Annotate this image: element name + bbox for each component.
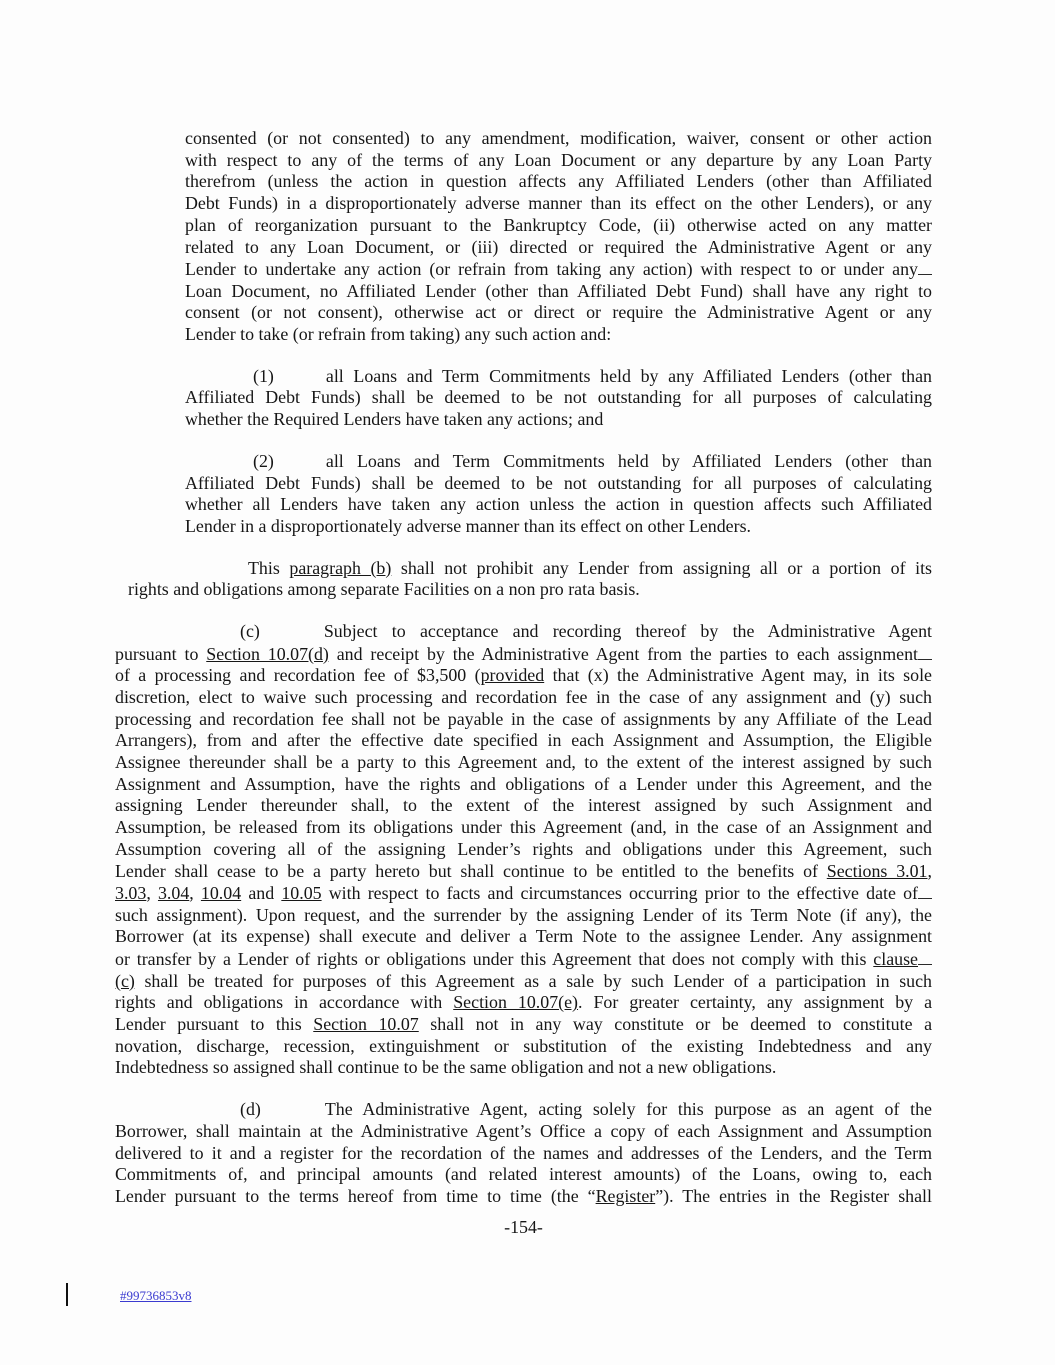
text-run: and receipt by the Administrative Agent …	[329, 644, 918, 664]
document-body: consented (or not consented) to any amen…	[115, 128, 932, 1238]
text-run: The Administrative Agent, acting solely …	[325, 1099, 932, 1119]
paragraphs-container: consented (or not consented) to any amen…	[115, 128, 932, 1208]
text-run: Lender in a disproportionately adverse m…	[185, 516, 751, 536]
text-run: processing and recordation fee shall not…	[115, 709, 932, 729]
text-line: Indebtedness so assigned shall continue …	[115, 1057, 932, 1079]
underlined-reference: Section 10.07	[313, 1014, 418, 1034]
paragraph-clause-c: (c)Subject to acceptance and recording t…	[115, 621, 932, 1079]
text-line: of a processing and recordation fee of $…	[115, 665, 932, 687]
text-run: Lender to undertake any action (or refra…	[185, 259, 918, 279]
text-line: Lender to take (or refrain from taking) …	[185, 324, 932, 346]
text-run: shall not prohibit any Lender from assig…	[391, 558, 932, 578]
text-run: pursuant to	[115, 644, 206, 664]
text-run: (c)	[240, 621, 260, 641]
text-line: (d)The Administrative Agent, acting sole…	[115, 1099, 932, 1121]
document-page: consented (or not consented) to any amen…	[0, 0, 1055, 1365]
page-number: -154-	[115, 1217, 932, 1239]
underlined-reference: provided	[481, 665, 545, 685]
text-line: Borrower (at its expense) shall execute …	[115, 926, 932, 948]
underlined-reference: 10.04	[201, 883, 241, 903]
text-line: Arrangers), from and after the effective…	[115, 730, 932, 752]
text-run: Subject to acceptance and recording ther…	[324, 621, 932, 641]
text-run: Lender to take (or refrain from taking) …	[185, 324, 611, 344]
text-line: consent (or not consent), otherwise act …	[185, 302, 932, 324]
text-line: therefrom (unless the action in question…	[185, 171, 932, 193]
text-run: and	[241, 883, 281, 903]
underlined-reference: (c)	[115, 971, 135, 991]
text-run: consented (or not consented) to any amen…	[185, 128, 932, 148]
text-line: related to any Loan Document, or (iii) d…	[185, 237, 932, 259]
underlined-reference: Section 10.07(e)	[453, 992, 578, 1012]
text-run: novation, discharge, recession, extingui…	[115, 1036, 932, 1056]
text-run: or transfer by a Lender of rights or obl…	[115, 949, 873, 969]
text-line: with respect to any of the terms of any …	[185, 150, 932, 172]
text-line: whether all Lenders have taken any actio…	[185, 494, 932, 516]
text-run: Affiliated Debt Funds) shall be deemed t…	[185, 473, 932, 493]
text-line: pursuant to Section 10.07(d) and receipt…	[115, 643, 932, 665]
text-line: Loan Document, no Affiliated Lender (oth…	[185, 281, 932, 303]
text-run: Assumption, be released from its obligat…	[115, 817, 932, 837]
text-run: This	[248, 558, 289, 578]
text-line: novation, discharge, recession, extingui…	[115, 1036, 932, 1058]
text-run: assigning Lender thereunder shall, to th…	[115, 795, 932, 815]
trailing-underline-mark	[918, 948, 932, 965]
text-line: discretion, elect to waive such processi…	[115, 687, 932, 709]
text-run: Assignee thereunder shall be a party to …	[115, 752, 932, 772]
text-run: ,	[189, 883, 201, 903]
text-line: rights and obligations among separate Fa…	[128, 579, 932, 601]
text-line: Assignee thereunder shall be a party to …	[115, 752, 932, 774]
text-run: Commitments of, and principal amounts (a…	[115, 1164, 932, 1184]
paragraph-subclause-1: (1)all Loans and Term Commitments held b…	[185, 366, 932, 431]
text-run: related to any Loan Document, or (iii) d…	[185, 237, 932, 257]
text-run: Assumption covering all of the assigning…	[115, 839, 932, 859]
text-line: assigning Lender thereunder shall, to th…	[115, 795, 932, 817]
underlined-reference: paragraph (b)	[289, 558, 391, 578]
text-run: Assignment and Assumption, have the righ…	[115, 774, 932, 794]
text-run: Indebtedness so assigned shall continue …	[115, 1057, 776, 1077]
trailing-underline-mark	[918, 643, 932, 660]
text-run: such assignment). Upon request, and the …	[115, 905, 932, 925]
text-run: Borrower (at its expense) shall execute …	[115, 926, 932, 946]
text-line: 3.03, 3.04, 10.04 and 10.05 with respect…	[115, 882, 932, 904]
text-line: Lender pursuant to the terms hereof from…	[115, 1186, 932, 1208]
text-line: Assumption covering all of the assigning…	[115, 839, 932, 861]
underlined-reference: Sections 3.01	[827, 861, 928, 881]
text-run: ,	[146, 883, 158, 903]
text-run: (1)	[253, 366, 274, 386]
text-line: Affiliated Debt Funds) shall be deemed t…	[185, 387, 932, 409]
underlined-reference: 3.04	[158, 883, 189, 903]
paragraph-subclause-2: (2)all Loans and Term Commitments held b…	[185, 451, 932, 538]
text-line: such assignment). Upon request, and the …	[115, 905, 932, 927]
document-id-stamp: #99736853v8	[120, 1288, 192, 1304]
text-line: Lender to undertake any action (or refra…	[185, 258, 932, 280]
text-run: discretion, elect to waive such processi…	[115, 687, 932, 707]
text-run: with respect to facts and circumstances …	[322, 883, 918, 903]
paragraph-b-proviso: This paragraph (b) shall not prohibit an…	[128, 558, 932, 601]
text-run: . For greater certainty, any assignment …	[578, 992, 932, 1012]
text-line: plan of reorganization pursuant to the B…	[185, 215, 932, 237]
text-run: Arrangers), from and after the effective…	[115, 730, 932, 750]
underlined-reference: Section 10.07(d)	[206, 644, 329, 664]
text-line: This paragraph (b) shall not prohibit an…	[128, 558, 932, 580]
trailing-underline-mark	[918, 882, 932, 899]
text-run: rights and obligations in accordance wit…	[115, 992, 453, 1012]
text-run: shall not in any way constitute or be de…	[419, 1014, 932, 1034]
text-run: (d)	[240, 1099, 261, 1119]
text-line: (2)all Loans and Term Commitments held b…	[185, 451, 932, 473]
text-line: Lender pursuant to this Section 10.07 sh…	[115, 1014, 932, 1036]
text-run: Affiliated Debt Funds) shall be deemed t…	[185, 387, 932, 407]
text-line: Lender in a disproportionately adverse m…	[185, 516, 932, 538]
text-run: Debt Funds) in a disproportionately adve…	[185, 193, 932, 213]
text-run: therefrom (unless the action in question…	[185, 171, 932, 191]
text-line: Affiliated Debt Funds) shall be deemed t…	[185, 473, 932, 495]
text-run: Lender shall cease to be a party hereto …	[115, 861, 827, 881]
text-run: delivered to it and a register for the r…	[115, 1143, 932, 1163]
text-run: Lender pursuant to the terms hereof from…	[115, 1186, 596, 1206]
text-run: all Loans and Term Commitments held by a…	[326, 366, 932, 386]
text-run: ,	[928, 861, 932, 881]
text-line: Borrower, shall maintain at the Administ…	[115, 1121, 932, 1143]
text-line: Commitments of, and principal amounts (a…	[115, 1164, 932, 1186]
paragraph-clause-b-continuation: consented (or not consented) to any amen…	[185, 128, 932, 346]
text-line: Assumption, be released from its obligat…	[115, 817, 932, 839]
text-line: Debt Funds) in a disproportionately adve…	[185, 193, 932, 215]
text-run: consent (or not consent), otherwise act …	[185, 302, 932, 322]
text-line: consented (or not consented) to any amen…	[185, 128, 932, 150]
text-run: of a processing and recordation fee of $…	[115, 665, 481, 685]
paragraph-clause-d: (d)The Administrative Agent, acting sole…	[115, 1099, 932, 1208]
text-line: processing and recordation fee shall not…	[115, 709, 932, 731]
underlined-reference: 3.03	[115, 883, 146, 903]
text-line: (1)all Loans and Term Commitments held b…	[185, 366, 932, 388]
text-run: ”). The entries in the Register shall	[655, 1186, 932, 1206]
text-line: or transfer by a Lender of rights or obl…	[115, 948, 932, 970]
text-run: that (x) the Administrative Agent may, i…	[544, 665, 932, 685]
text-run: with respect to any of the terms of any …	[185, 150, 932, 170]
text-run: rights and obligations among separate Fa…	[128, 579, 640, 599]
text-run: Borrower, shall maintain at the Administ…	[115, 1121, 932, 1141]
text-run: shall be treated for purposes of this Ag…	[135, 971, 932, 991]
text-run: (2)	[253, 451, 274, 471]
text-run: Lender pursuant to this	[115, 1014, 313, 1034]
underlined-reference: Register	[596, 1186, 656, 1206]
trailing-underline-mark	[918, 258, 932, 275]
change-bar	[66, 1283, 68, 1306]
text-line: (c)Subject to acceptance and recording t…	[115, 621, 932, 643]
text-line: delivered to it and a register for the r…	[115, 1143, 932, 1165]
text-run: plan of reorganization pursuant to the B…	[185, 215, 932, 235]
underlined-reference: clause	[873, 949, 918, 969]
text-run: whether the Required Lenders have taken …	[185, 409, 603, 429]
text-line: rights and obligations in accordance wit…	[115, 992, 932, 1014]
text-line: whether the Required Lenders have taken …	[185, 409, 932, 431]
text-line: (c) shall be treated for purposes of thi…	[115, 971, 932, 993]
text-line: Lender shall cease to be a party hereto …	[115, 861, 932, 883]
text-run: whether all Lenders have taken any actio…	[185, 494, 932, 514]
text-line: Assignment and Assumption, have the righ…	[115, 774, 932, 796]
underlined-reference: 10.05	[281, 883, 321, 903]
text-run: Loan Document, no Affiliated Lender (oth…	[185, 281, 932, 301]
text-run: all Loans and Term Commitments held by A…	[326, 451, 932, 471]
